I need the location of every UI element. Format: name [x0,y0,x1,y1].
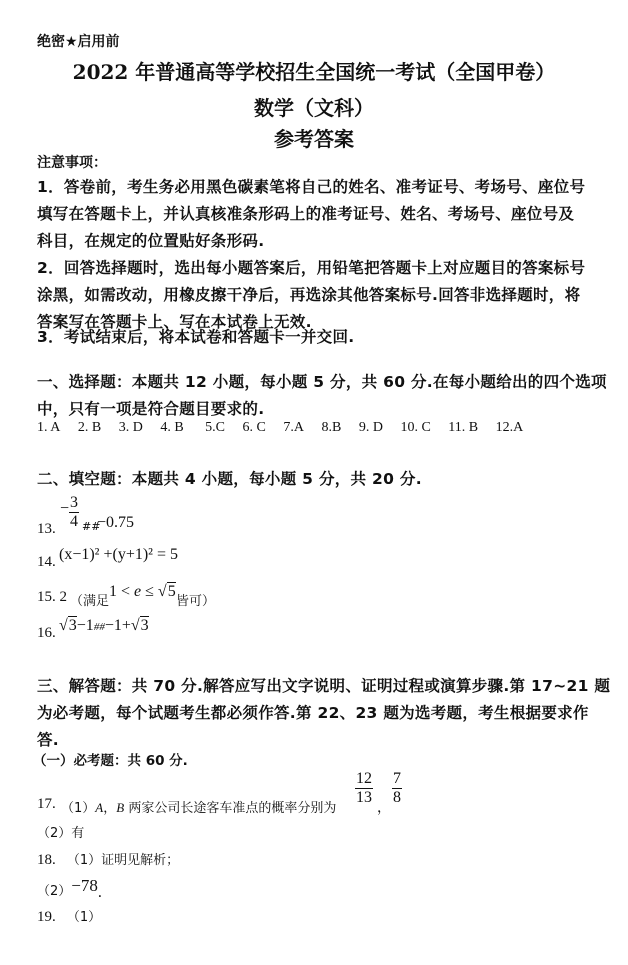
choice-answer: 3. D [119,420,143,436]
answer-19-number: 19. [37,909,56,925]
answer-13-alt: −0.75 [97,514,134,532]
answer-17-number: 17. [37,796,56,813]
exam-title: 2022 年普通高等学校招生全国统一考试（全国甲卷） [0,56,628,85]
choice-answer: 11. B [448,420,478,436]
sqrt-icon: √ [59,617,68,634]
choice-answer: 12.A [496,420,524,436]
answer-17-fraction-b: 7 8 [392,770,402,807]
section-1-heading: 一、选择题：本题共 12 小题，每小题 5 分，共 60 分.在每小题给出的四个… [37,369,607,423]
section-3-heading-line-2: 为必考题，每个试题考生都必须作答.第 22、23 题为选考题，考生根据要求作 [37,700,610,727]
choice-answer: 6. C [243,420,266,436]
answer-18-number: 18. [37,852,56,868]
answer-17-part-2: （2）有 [37,822,84,841]
answer-17-fraction-a: 12 13 [355,770,373,807]
notes-heading: 注意事项： [37,152,107,172]
section-3-heading: 三、解答题：共 70 分.解答应写出文字说明、证明过程或演算步骤.第 17~21… [37,673,610,754]
answer-13-number: 13. [37,521,56,538]
choice-answer: 4. B [160,420,183,436]
answer-15-number: 15. 2 [37,589,67,606]
choice-answer: 2. B [78,420,101,436]
secret-label: 绝密★启用前 [37,31,120,51]
answer-19: 19. （1） [37,906,101,926]
note-1-line-3: 科目，在规定的位置贴好条形码. [37,228,585,255]
note-1-line-2: 填写在答题卡上，并认真核准条形码上的准考证号、姓名、考场号、座位号及 [37,201,585,228]
sqrt-icon: √ [158,583,167,600]
answer-17-separator: ， [377,797,391,817]
answer-16-number: 16. [37,625,56,642]
choice-answer: 1. A [37,420,60,436]
note-1: 1．答卷前，考生务必用黑色碳素笔将自己的姓名、准考证号、考场号、座位号 填写在答… [37,174,585,255]
answer-18-part-2: （2）−78. [37,876,102,902]
choice-answer: 10. C [400,420,430,436]
subject-title: 数学（文科） [0,92,628,121]
answer-14-number: 14. [37,554,56,571]
choice-answer: 7.A [283,420,304,436]
section-1-heading-line-1: 一、选择题：本题共 12 小题，每小题 5 分，共 60 分.在每小题给出的四个… [37,369,607,396]
answer-14-expr: (x−1)² +(y+1)² = 5 [59,546,178,564]
answer-13-fraction: 3 4 [69,494,79,531]
section-3-heading-line-1: 三、解答题：共 70 分.解答应写出文字说明、证明过程或演算步骤.第 17~21… [37,673,610,700]
note-1-line-1: 1．答卷前，考生务必用黑色碳素笔将自己的姓名、准考证号、考场号、座位号 [37,174,585,201]
answer-key-title: 参考答案 [0,123,628,152]
sqrt-icon: √ [131,617,140,634]
answer-15-suffix: 皆可） [176,590,215,609]
choice-answers: 1. A 2. B 3. D 4. B 5.C 6. C 7.A 8.B 9. … [37,420,537,436]
note-2-line-2: 涂黑，如需改动，用橡皮擦干净后，再选涂其他答案标号.回答非选择题时，将 [37,282,585,309]
section-2-heading: 二、填空题：本题共 4 小题，每小题 5 分，共 20 分. [37,466,422,493]
answer-18-part-1: （1）证明见解析； [67,853,179,868]
answer-13-neg: − [60,500,69,518]
answer-18: 18. （1）证明见解析； [37,849,179,869]
answer-15-condition: 1 < e ≤ √5 [109,583,176,601]
answer-15-prefix: （满足 [70,590,109,609]
choice-answer: 9. D [359,420,383,436]
answer-19-part-1: （1） [67,910,101,925]
note-3: 3．考试结束后，将本试卷和答题卡一并交回. [37,324,354,351]
required-questions-heading: （一）必考题：共 60 分. [33,749,188,769]
section-1-heading-line-2: 中，只有一项是符合题目要求的. [37,396,607,423]
choice-answer: 5.C [205,420,225,436]
note-2-line-1: 2．回答选择题时，选出每小题答案后，用铅笔把答题卡上对应题目的答案标号 [37,255,585,282]
answer-16-expr: √3−1##−1+√3 [59,617,149,635]
answer-17-part-1: （1）A，B 两家公司长途客车准点的概率分别为 [61,797,336,816]
note-3-line-1: 3．考试结束后，将本试卷和答题卡一并交回. [37,324,354,351]
choice-answer: 8.B [321,420,341,436]
